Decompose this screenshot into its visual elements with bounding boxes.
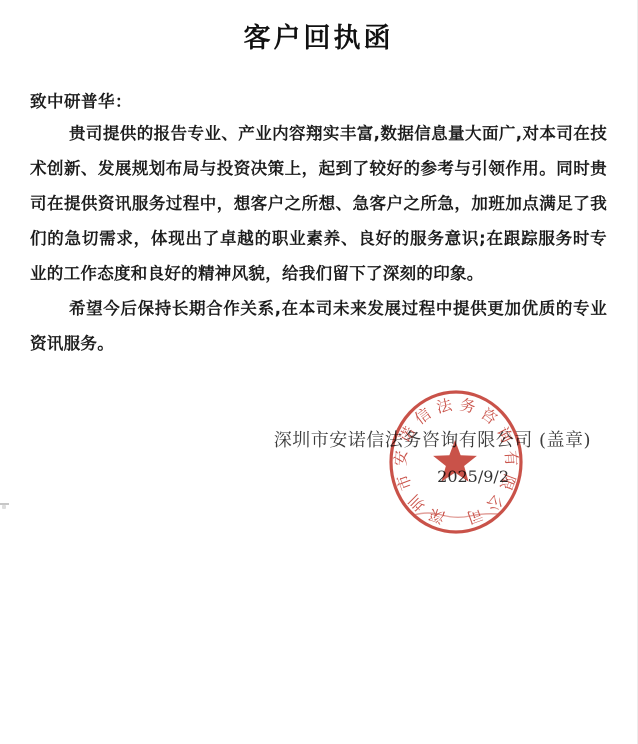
receipt-letter-page: 客户回执函 致中研普华： 贵司提供的报告专业、产业内容翔实丰富,数据信息量大面广…: [0, 0, 638, 744]
svg-text:司: 司: [464, 504, 485, 526]
signature-company: 深圳市安诺信法务咨询有限公司 (盖章): [274, 428, 591, 454]
signature-block: 深圳市安诺信法务咨询有限公司 (盖章) 2025/9/2: [274, 428, 591, 488]
scan-artifact: [0, 503, 9, 512]
svg-text:深: 深: [426, 504, 447, 526]
document-title: 客户回执函: [0, 0, 637, 57]
svg-text:公: 公: [482, 491, 506, 515]
paragraph-2: 希望今后保持长期合作关系,在本司未来发展过程中提供更加优质的专业资讯服务。: [30, 291, 607, 361]
paragraph-1: 贵司提供的报告专业、产业内容翔实丰富,数据信息量大面广,对本司在技术创新、发展规…: [30, 116, 607, 291]
seal-bottom-wave: [414, 513, 498, 517]
letter-body: 致中研普华： 贵司提供的报告专业、产业内容翔实丰富,数据信息量大面广,对本司在技…: [0, 91, 637, 361]
svg-text:咨: 咨: [477, 405, 500, 429]
svg-text:圳: 圳: [406, 491, 430, 515]
svg-text:务: 务: [458, 396, 477, 417]
svg-text:信: 信: [411, 404, 435, 428]
signature-date: 2025/9/2: [274, 466, 591, 488]
svg-text:法: 法: [435, 396, 454, 417]
salutation: 致中研普华：: [30, 91, 607, 113]
